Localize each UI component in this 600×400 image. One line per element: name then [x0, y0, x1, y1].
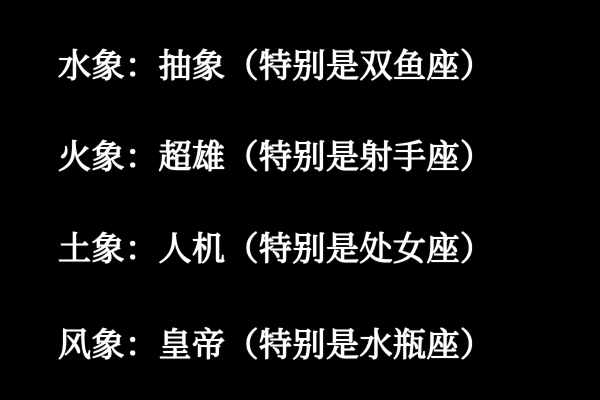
text-line-fire-sign: 火象：超雄（特别是射手座）	[58, 138, 494, 176]
text-meme-canvas: 水象：抽象（特别是双鱼座） 火象：超雄（特别是射手座） 土象：人机（特别是处女座…	[0, 0, 600, 400]
text-line-water-sign: 水象：抽象（特别是双鱼座）	[58, 47, 494, 85]
text-line-earth-sign: 土象：人机（特别是处女座）	[58, 230, 494, 268]
text-line-air-sign: 风象：皇帝（特别是水瓶座）	[58, 326, 494, 364]
